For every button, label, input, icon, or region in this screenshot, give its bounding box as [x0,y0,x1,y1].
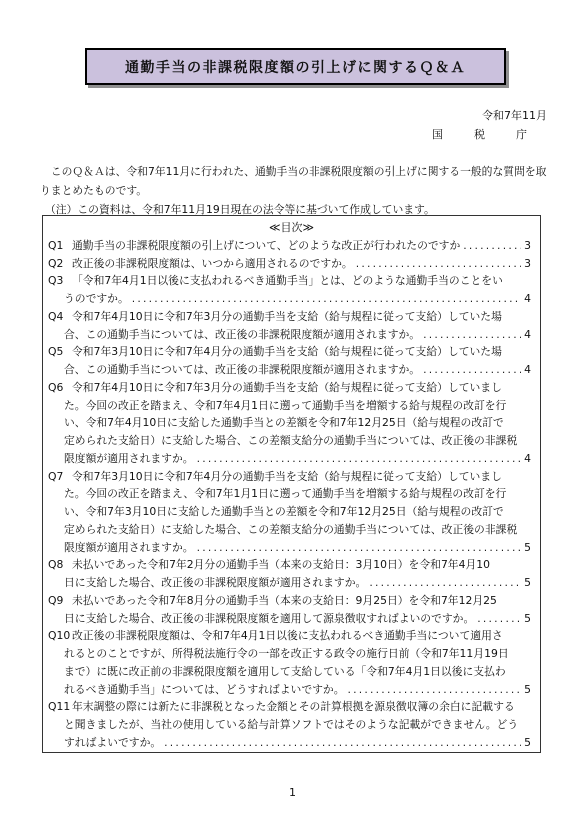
toc-item-text: 令和7年3月10日に令和7年4月分の通勤手当を支給（給与規程に従って支給）してい… [72,470,502,483]
toc-page-number: 4 [524,361,531,379]
toc-item-text: 合、この通勤手当については、改正後の非課税限度額が適用されますか。 [64,326,420,344]
dot-leader: ........................................… [463,237,521,255]
toc-item-text: うのですか。 [64,290,129,308]
toc-item-text: 令和7年4月10日に令和7年3月分の通勤手当を支給（給与規程に従って支給）してい… [72,381,502,394]
toc-item-text: 定められた支給日）に支給した場合、この差額支給分の通勤手当については、改正後の非… [64,523,517,536]
toc-item-label: Q8 [48,556,72,574]
toc-item-text: 日に支給した場合、改正後の非課税限度額が適用されますか。 [64,574,366,592]
toc-item-q11: Q11年末調整の際には新たに非課税となった金額とその計算根拠を源泉徴収簿の余白に… [43,698,540,751]
toc-line: 合、この通勤手当については、改正後の非課税限度額が適用されますか。.......… [43,326,540,344]
toc-item-text: 未払いであった令和7年2月分の通勤手当（本来の支給日：3月10日）を令和7年4月… [72,558,490,571]
toc-line: れるべき通勤手当」については、どうすればよいですか。..............… [43,681,540,699]
toc-line: すればよいですか。...............................… [43,734,540,752]
toc-item-label: Q11 [48,698,72,716]
toc-item-text: 改正後の非課税限度額は、いつから適用されるのですか。 [72,255,353,273]
toc-item-q10: Q10改正後の非課税限度額は、令和7年4月1日以後に支払われるべき通勤手当につい… [43,627,540,698]
toc-page-number: 5 [524,610,531,628]
toc-item-label: Q6 [48,379,72,397]
toc-item-text: 日に支給した場合、改正後の非課税限度額を適用して源泉徴収すればよいのですか。 [64,610,474,628]
toc-item-text: 未払いであった令和7年8月分の通勤手当（本来の支給日：9月25日）を令和7年12… [72,594,497,607]
toc-item-q8: Q8未払いであった令和7年2月分の通勤手当（本来の支給日：3月10日）を令和7年… [43,556,540,592]
toc-page-number: 3 [524,237,531,255]
toc-item-label: Q10 [48,627,72,645]
toc-line: い、令和7年4月10日に支給した通勤手当との差額を令和7年12月25日（給与規程… [43,414,540,432]
toc-line: Q4令和7年4月10日に令和7年3月分の通勤手当を支給（給与規程に従って支給）し… [43,308,540,326]
toc-line: Q8未払いであった令和7年2月分の通勤手当（本来の支給日：3月10日）を令和7年… [43,556,540,574]
toc-line: 定められた支給日）に支給した場合、この差額支給分の通勤手当については、改正後の非… [43,521,540,539]
toc-item-text: 改正後の非課税限度額は、令和7年4月1日以後に支払われるべき通勤手当について適用… [72,629,503,642]
toc-page-number: 5 [524,574,531,592]
page-number: 1 [0,786,585,799]
toc-item-text: た。今回の改正を踏まえ、令和7年1月1日に遡って通勤手当を増額する給与規程の改訂… [64,487,506,500]
dot-leader: ........................................… [132,290,521,308]
toc-line: Q5令和7年3月10日に令和7年4月分の通勤手当を支給（給与規程に従って支給）し… [43,343,540,361]
toc-item-label: Q5 [48,343,72,361]
toc-item-text: 「令和7年4月1日以後に支払われるべき通勤手当」とは、どのような通勤手当のことを… [72,274,503,287]
dot-leader: ........................................… [348,681,522,699]
dot-leader: ........................................… [197,539,522,557]
toc-item-label: Q9 [48,592,72,610]
toc-item-q7: Q7令和7年3月10日に令和7年4月分の通勤手当を支給（給与規程に従って支給）し… [43,468,540,557]
toc-item-label: Q1 [48,237,72,255]
toc-line: た。今回の改正を踏まえ、令和7年1月1日に遡って通勤手当を増額する給与規程の改訂… [43,485,540,503]
dot-leader: ........................................… [356,255,521,273]
toc-item-q2: Q2改正後の非課税限度額は、いつから適用されるのですか。............… [43,255,540,273]
toc-item-text: 限度額が適用されますか。 [64,450,194,468]
document-title-box: 通勤手当の非課税限度額の引上げに関するＱ＆Ａ [85,48,506,85]
toc-item-text: た。今回の改正を踏まえ、令和7年4月1日に遡って通勤手当を増額する給与規程の改訂… [64,399,506,412]
toc-line: 合、この通勤手当については、改正後の非課税限度額が適用されますか。.......… [43,361,540,379]
toc-page-number: 4 [524,450,531,468]
dot-leader: ........................................… [423,361,521,379]
toc-list: Q1通勤手当の非課税限度額の引上げについて、どのような改正が行われたのですか..… [43,237,540,752]
toc-item-label: Q3 [48,272,72,290]
intro-paragraph: このＱ＆Ａは、令和7年11月に行われた、通勤手当の非課税限度額の引上げに関する一… [40,162,550,219]
toc-line: Q11年末調整の際には新たに非課税となった金額とその計算根拠を源泉徴収簿の余白に… [43,698,540,716]
toc-item-text: 令和7年4月10日に令和7年3月分の通勤手当を支給（給与規程に従って支給）してい… [72,310,502,323]
dot-leader: ........................................… [164,734,521,752]
toc-page-number: 5 [524,539,531,557]
toc-item-text: い、令和7年4月10日に支給した通勤手当との差額を令和7年12月25日（給与規程… [64,416,504,429]
intro-line-2: りまとめたものです。 [40,181,550,200]
toc-item-text: と聞きましたが、当社の使用している給与計算ソフトではそのような記載ができません。… [64,718,518,731]
toc-item-text: 令和7年3月10日に令和7年4月分の通勤手当を支給（給与規程に従って支給）してい… [72,345,502,358]
toc-line: い、令和7年3月10日に支給した通勤手当との差額を令和7年12月25日（給与規程… [43,503,540,521]
toc-item-text: い、令和7年3月10日に支給した通勤手当との差額を令和7年12月25日（給与規程… [64,505,504,518]
toc-line: まで）に既に改正前の非課税限度額を適用して支給している「令和7年4月1日以後に支… [43,663,540,681]
toc-item-q1: Q1通勤手当の非課税限度額の引上げについて、どのような改正が行われたのですか..… [43,237,540,255]
toc-item-label: Q7 [48,468,72,486]
toc-page-number: 5 [524,734,531,752]
toc-line: Q9未払いであった令和7年8月分の通勤手当（本来の支給日：9月25日）を令和7年… [43,592,540,610]
toc-line: Q1通勤手当の非課税限度額の引上げについて、どのような改正が行われたのですか..… [43,237,540,255]
toc-item-text: すればよいですか。 [64,734,161,752]
toc-line: れるとのことですが、所得税法施行令の一部を改正する政令の施行日前（令和7年11月… [43,645,540,663]
agency-name: 国 税 庁 [432,125,547,144]
toc-line: と聞きましたが、当社の使用している給与計算ソフトではそのような記載ができません。… [43,716,540,734]
toc-line: 限度額が適用されますか。............................… [43,539,540,557]
toc-item-text: 年末調整の際には新たに非課税となった金額とその計算根拠を源泉徴収簿の余白に記載す… [72,700,515,713]
toc-box: ≪目次≫ Q1通勤手当の非課税限度額の引上げについて、どのような改正が行われたの… [42,215,541,753]
issue-date: 令和7年11月 [432,106,547,125]
dot-leader: ........................................… [369,574,521,592]
toc-line: Q6令和7年4月10日に令和7年3月分の通勤手当を支給（給与規程に従って支給）し… [43,379,540,397]
toc-line: 定められた支給日）に支給した場合、この差額支給分の通勤手当については、改正後の非… [43,432,540,450]
dot-leader: ........................................… [197,450,522,468]
toc-line: Q7令和7年3月10日に令和7年4月分の通勤手当を支給（給与規程に従って支給）し… [43,468,540,486]
toc-item-label: Q4 [48,308,72,326]
toc-line: Q10改正後の非課税限度額は、令和7年4月1日以後に支払われるべき通勤手当につい… [43,627,540,645]
toc-page-number: 5 [524,681,531,699]
dot-leader: ........................................… [423,326,521,344]
toc-page-number: 4 [524,326,531,344]
header-meta: 令和7年11月 国 税 庁 [432,106,547,144]
toc-item-text: れるべき通勤手当」については、どうすればよいですか。 [64,681,345,699]
toc-item-text: 通勤手当の非課税限度額の引上げについて、どのような改正が行われたのですか [72,237,460,255]
toc-item-label: Q2 [48,255,72,273]
toc-line: 日に支給した場合、改正後の非課税限度額が適用されますか。............… [43,574,540,592]
toc-line: Q3「令和7年4月1日以後に支払われるべき通勤手当」とは、どのような通勤手当のこ… [43,272,540,290]
toc-item-q9: Q9未払いであった令和7年8月分の通勤手当（本来の支給日：9月25日）を令和7年… [43,592,540,628]
toc-page-number: 3 [524,255,531,273]
toc-item-text: 合、この通勤手当については、改正後の非課税限度額が適用されますか。 [64,361,420,379]
toc-line: た。今回の改正を踏まえ、令和7年4月1日に遡って通勤手当を増額する給与規程の改訂… [43,397,540,415]
toc-item-text: 定められた支給日）に支給した場合、この差額支給分の通勤手当については、改正後の非… [64,434,517,447]
toc-item-q4: Q4令和7年4月10日に令和7年3月分の通勤手当を支給（給与規程に従って支給）し… [43,308,540,344]
toc-line: 日に支給した場合、改正後の非課税限度額を適用して源泉徴収すればよいのですか。..… [43,610,540,628]
toc-line: うのですか。..................................… [43,290,540,308]
intro-line-1: このＱ＆Ａは、令和7年11月に行われた、通勤手当の非課税限度額の引上げに関する一… [40,162,550,181]
toc-item-q6: Q6令和7年4月10日に令和7年3月分の通勤手当を支給（給与規程に従って支給）し… [43,379,540,468]
dot-leader: ........................................… [477,610,521,628]
toc-item-text: まで）に既に改正前の非課税限度額を適用して支給している「令和7年4月1日以後に支… [64,665,506,678]
toc-line: Q2改正後の非課税限度額は、いつから適用されるのですか。............… [43,255,540,273]
toc-page-number: 4 [524,290,531,308]
toc-item-q5: Q5令和7年3月10日に令和7年4月分の通勤手当を支給（給与規程に従って支給）し… [43,343,540,379]
toc-item-text: れるとのことですが、所得税法施行令の一部を改正する政令の施行日前（令和7年11月… [64,647,509,660]
toc-item-q3: Q3「令和7年4月1日以後に支払われるべき通勤手当」とは、どのような通勤手当のこ… [43,272,540,308]
toc-line: 限度額が適用されますか。............................… [43,450,540,468]
document-title: 通勤手当の非課税限度額の引上げに関するＱ＆Ａ [125,57,466,77]
toc-heading: ≪目次≫ [43,219,540,237]
toc-item-text: 限度額が適用されますか。 [64,539,194,557]
